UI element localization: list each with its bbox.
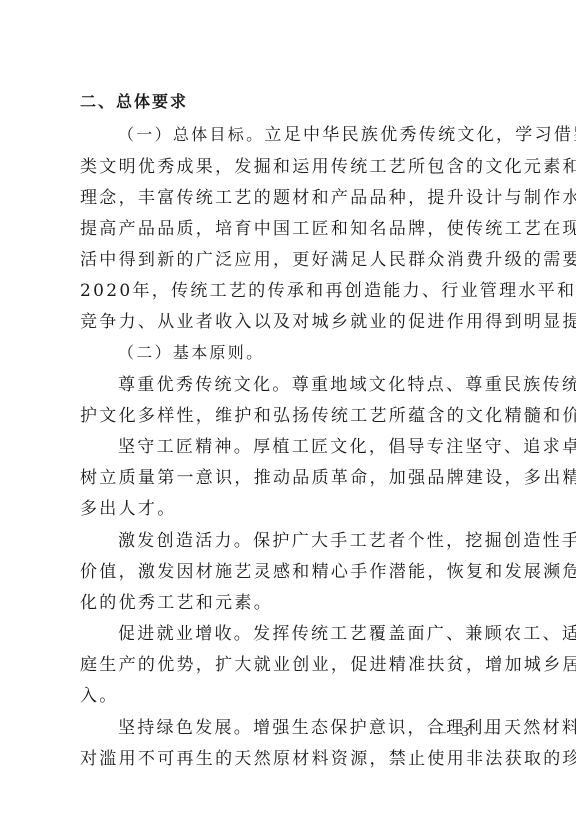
- page-number: — 3 —: [432, 725, 504, 741]
- text-line: （一）总体目标。立足中华民族优秀传统文化，学习借鉴人: [80, 125, 538, 145]
- line-text: 类文明优秀成果，发掘和运用传统工艺所包含的文化元素和工艺: [80, 157, 576, 177]
- text-line: 促进就业增收。发挥传统工艺覆盖面广、兼顾农工、适合家: [80, 624, 538, 644]
- line-text: 坚持绿色发展。增强生态保护意识，合理利用天然材料，反: [118, 718, 576, 738]
- text-line: 树立质量第一意识，推动品质革命，加强品牌建设，多出精品、: [80, 468, 500, 488]
- line-text: 坚守工匠精神。厚植工匠文化，倡导专注坚守、追求卓越，: [118, 437, 576, 457]
- line-text: 化的优秀工艺和元素。: [80, 593, 273, 613]
- line-text: 促进就业增收。发挥传统工艺覆盖面广、兼顾农工、适合家: [118, 624, 576, 644]
- line-text: 尊重优秀传统文化。尊重地域文化特点、尊重民族传统，保: [118, 375, 576, 395]
- line-text: 对滥用不可再生的天然原材料资源，禁止使用非法获取的珍稀动: [80, 749, 576, 769]
- text-line: 竞争力、从业者收入以及对城乡就业的促进作用得到明显提升。: [80, 312, 500, 332]
- line-text: 护文化多样性，维护和弘扬传统工艺所蕴含的文化精髓和价值。: [80, 406, 576, 426]
- text-line: 激发创造活力。保护广大手工艺者个性，挖掘创造性手工的: [80, 531, 538, 551]
- line-text: 竞争力、从业者收入以及对城乡就业的促进作用得到明显提升。: [80, 312, 576, 332]
- text-line: 活中得到新的广泛应用，更好满足人民群众消费升级的需要。到: [80, 250, 500, 270]
- line-text: 理念，丰富传统工艺的题材和产品品种，提升设计与制作水平，: [80, 188, 576, 208]
- line-text: 2020年，传统工艺的传承和再创造能力、行业管理水平和市场: [80, 281, 576, 301]
- text-line: 2020年，传统工艺的传承和再创造能力、行业管理水平和市场: [80, 281, 500, 301]
- text-line: 多出人才。: [80, 499, 500, 519]
- subsection-label: （一）总体目标。: [118, 125, 264, 144]
- line-text: 提高产品品质，培育中国工匠和知名品牌，使传统工艺在现代生: [80, 219, 576, 239]
- line-text: 入。: [80, 686, 119, 706]
- text-line: 提高产品品质，培育中国工匠和知名品牌，使传统工艺在现代生: [80, 219, 500, 239]
- text-line: 坚守工匠精神。厚植工匠文化，倡导专注坚守、追求卓越，: [80, 437, 538, 457]
- section-heading: 二、总体要求: [80, 92, 500, 112]
- text-line: 入。: [80, 686, 500, 706]
- text-line: 庭生产的优势，扩大就业创业，促进精准扶贫，增加城乡居民收: [80, 655, 500, 675]
- text-line: 护文化多样性，维护和弘扬传统工艺所蕴含的文化精髓和价值。: [80, 406, 500, 426]
- text-line: 类文明优秀成果，发掘和运用传统工艺所包含的文化元素和工艺: [80, 157, 500, 177]
- line-text: 立足中华民族优秀传统文化，学习借鉴人: [264, 125, 576, 145]
- line-text: 价值，激发因材施艺灵感和精心手作潜能，恢复和发展濒危或退: [80, 562, 576, 582]
- line-text: 激发创造活力。保护广大手工艺者个性，挖掘创造性手工的: [118, 531, 576, 551]
- text-line: 理念，丰富传统工艺的题材和产品品种，提升设计与制作水平，: [80, 188, 500, 208]
- text-line: 价值，激发因材施艺灵感和精心手作潜能，恢复和发展濒危或退: [80, 562, 500, 582]
- line-text: 庭生产的优势，扩大就业创业，促进精准扶贫，增加城乡居民收: [80, 655, 576, 675]
- text-line: 化的优秀工艺和元素。: [80, 593, 500, 613]
- subsection-label: （二）基本原则。: [118, 343, 264, 362]
- text-line: 尊重优秀传统文化。尊重地域文化特点、尊重民族传统，保: [80, 375, 538, 395]
- line-text: 活中得到新的广泛应用，更好满足人民群众消费升级的需要。到: [80, 250, 576, 270]
- text-line: （二）基本原则。: [80, 343, 538, 363]
- line-text: 树立质量第一意识，推动品质革命，加强品牌建设，多出精品、: [80, 468, 576, 488]
- document-page: 二、总体要求 （一）总体目标。立足中华民族优秀传统文化，学习借鉴人类文明优秀成果…: [0, 0, 576, 815]
- text-line: 对滥用不可再生的天然原材料资源，禁止使用非法获取的珍稀动: [80, 749, 500, 769]
- line-text: 多出人才。: [80, 499, 177, 519]
